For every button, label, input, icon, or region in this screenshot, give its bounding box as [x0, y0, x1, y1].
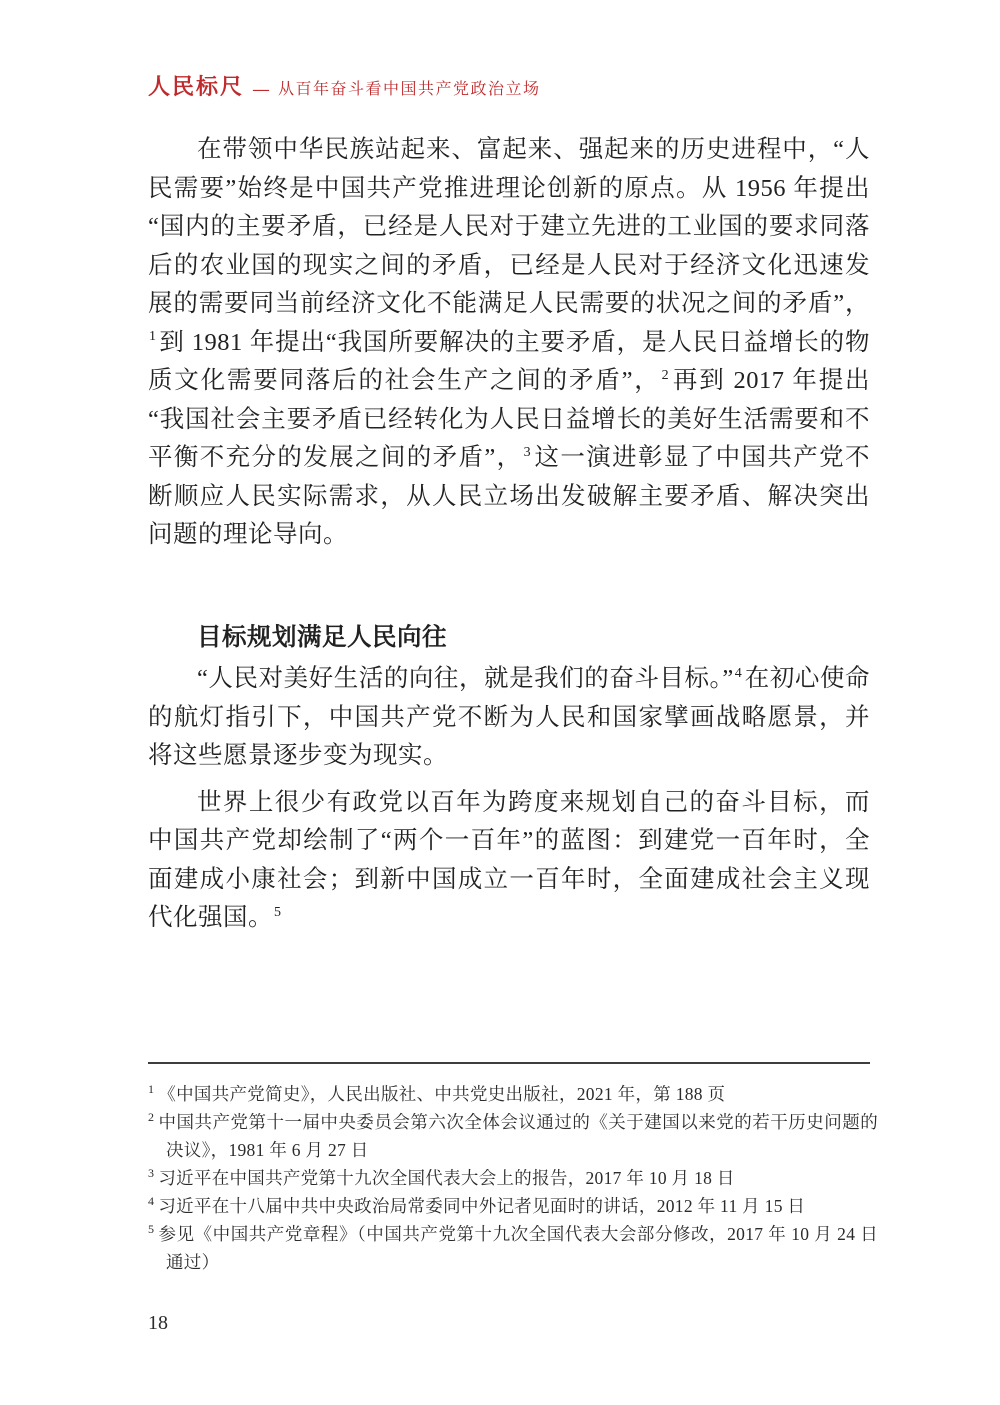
- footnote-ref-3: 3: [524, 445, 531, 460]
- running-head-title: 人民标尺: [148, 70, 244, 101]
- footnote-number: 1: [148, 1082, 154, 1096]
- footnote-item-4: 4习近平在十八届中共中央政治局常委同中外记者见面时的讲话，2012 年 11 月…: [148, 1192, 878, 1220]
- footnote-item-1: 1《中国共产党简史》，人民出版社、中共党史出版社，2021 年，第 188 页: [148, 1080, 878, 1108]
- footnotes: 1《中国共产党简史》，人民出版社、中共党史出版社，2021 年，第 188 页2…: [148, 1080, 878, 1276]
- footnote-number: 2: [148, 1110, 154, 1124]
- footnote-ref-2: 2: [662, 368, 669, 383]
- footnote-text: 习近平在中国共产党第十九次全国代表大会上的报告，2017 年 10 月 18 日: [158, 1168, 734, 1188]
- page-number: 18: [148, 1312, 168, 1335]
- body-paragraph-1: 在带领中华民族站起来、富起来、强起来的历史进程中，“人民需要”始终是中国共产党推…: [148, 131, 870, 555]
- footnote-number: 3: [148, 1166, 154, 1180]
- running-head-separator: —: [253, 81, 269, 99]
- body-paragraph-2: “人民对美好生活的向往，就是我们的奋斗目标。”4在初心使命的航灯指引下，中国共产…: [148, 660, 870, 776]
- footnote-text: 《中国共产党简史》，人民出版社、中共党史出版社，2021 年，第 188 页: [158, 1084, 725, 1104]
- footnote-item-3: 3习近平在中国共产党第十九次全国代表大会上的报告，2017 年 10 月 18 …: [148, 1164, 878, 1192]
- footnote-item-5: 5参见《中国共产党章程》（中国共产党第十九次全国代表大会部分修改，2017 年 …: [148, 1220, 878, 1276]
- footnote-item-2: 2中国共产党第十一届中央委员会第六次全体会议通过的《关于建国以来党的若干历史问题…: [148, 1108, 878, 1164]
- footnote-number: 5: [148, 1222, 154, 1236]
- footnote-ref-5: 5: [274, 905, 281, 920]
- footnote-divider: [148, 1062, 870, 1064]
- footnote-text: 习近平在十八届中共中央政治局常委同中外记者见面时的讲话，2012 年 11 月 …: [158, 1196, 805, 1216]
- footnote-text: 中国共产党第十一届中央委员会第六次全体会议通过的《关于建国以来党的若干历史问题的…: [158, 1112, 878, 1160]
- book-page: { "header": { "accent_color": "#bf2a2c",…: [0, 0, 1000, 1405]
- body-paragraph-3: 世界上很少有政党以百年为跨度来规划自己的奋斗目标，而中国共产党却绘制了“两个一百…: [148, 784, 870, 938]
- running-head: 人民标尺 — 从百年奋斗看中国共产党政治立场: [148, 70, 541, 101]
- footnote-ref-1: 1: [149, 329, 156, 344]
- footnote-ref-4: 4: [735, 666, 742, 681]
- footnote-number: 4: [148, 1194, 154, 1208]
- body-text: 在带领中华民族站起来、富起来、强起来的历史进程中，“人民需要”始终是中国共产党推…: [148, 131, 870, 938]
- running-head-subtitle: 从百年奋斗看中国共产党政治立场: [278, 76, 541, 99]
- footnote-text: 参见《中国共产党章程》（中国共产党第十九次全国代表大会部分修改，2017 年 1…: [158, 1224, 878, 1272]
- section-heading: 目标规划满足人民向往: [148, 619, 870, 658]
